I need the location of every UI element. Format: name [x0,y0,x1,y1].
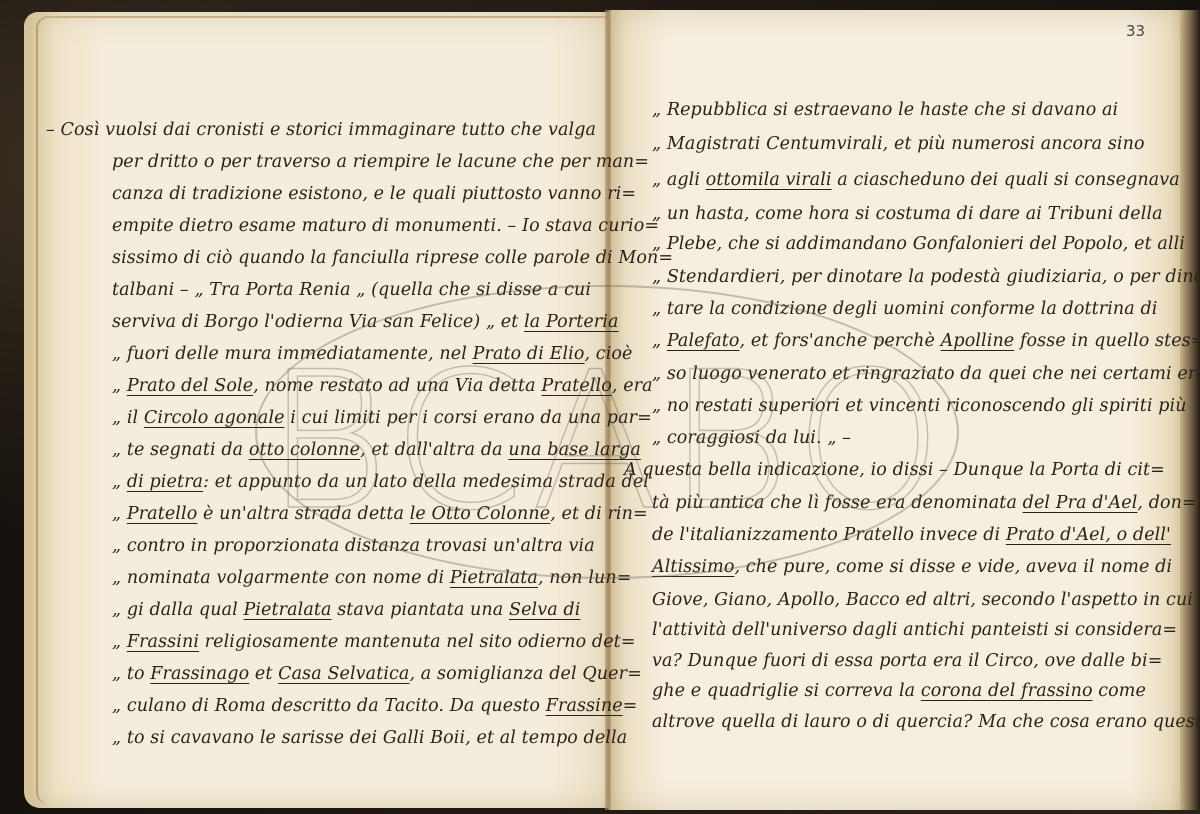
right-page-text: „ Repubblica si estraevano le haste che … [0,0,1200,814]
manuscript-line: ghe e quadriglie si correva la corona de… [652,681,1146,701]
manuscript-line: „ coraggiosi da lui. „ – [652,428,851,448]
manuscript-line: „ Plebe, che si addimandano Gonfalonieri… [652,234,1185,254]
manuscript-line: de l'italianizzamento Pratello invece di… [652,525,1171,545]
manuscript-line: „ Magistrati Centumvirali, et più numero… [652,134,1145,154]
manuscript-line: Altissimo, che pure, come si disse e vid… [652,557,1172,577]
manuscript-line: „ Repubblica si estraevano le haste che … [652,100,1118,120]
manuscript-line: A questa bella indicazione, io dissi – D… [624,460,1165,480]
manuscript-line: l'attività dell'universo dagli antichi p… [652,620,1177,640]
manuscript-line: Giove, Giano, Apollo, Bacco ed altri, se… [652,590,1193,610]
manuscript-line: „ agli ottomila virali a ciascheduno dei… [652,170,1180,190]
manuscript-line: „ un hasta, come hora si costuma di dare… [652,204,1163,224]
manuscript-line: „ so luogo venerato et ringraziato da qu… [652,364,1200,384]
manuscript-line: „ Stendardieri, per dinotare la podestà … [652,267,1200,287]
manuscript-line: „ tare la condizione degli uomini confor… [652,299,1158,319]
manuscript-line: tà più antica che lì fosse era denominat… [652,493,1197,513]
manuscript-line: „ Palefato, et fors'anche perchè Apollin… [652,331,1200,351]
manuscript-line: altrove quella di lauro o di quercia? Ma… [652,712,1200,732]
manuscript-line: va? Dunque fuori di essa porta era il Ci… [652,651,1163,671]
manuscript-line: „ no restati superiori et vincenti ricon… [652,396,1187,416]
